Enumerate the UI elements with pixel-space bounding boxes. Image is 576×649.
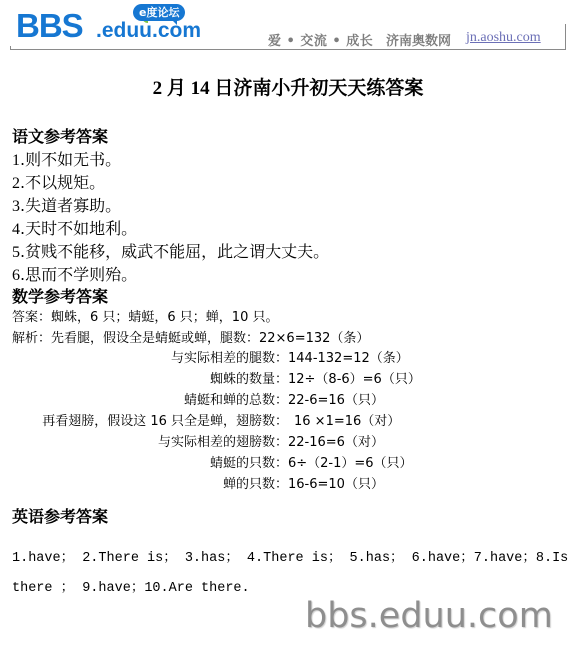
header-divider-tick-left bbox=[10, 46, 11, 50]
math-step-value: 144-132=12（条） bbox=[288, 350, 409, 368]
math-step-label: 蜘蛛的数量： bbox=[0, 371, 288, 389]
english-answer-line: 1.have； 2.There is； 3.has； 4.There is； 5… bbox=[12, 550, 568, 568]
header-divider bbox=[10, 49, 566, 50]
math-section-heading: 数学参考答案 bbox=[12, 287, 108, 307]
chinese-answer-item: 4.天时不如地利。 bbox=[12, 219, 137, 240]
math-step-label: 与实际相差的翅膀数： bbox=[0, 434, 288, 452]
page-title: 2 月 14 日济南小升初天天练答案 bbox=[0, 76, 576, 102]
chinese-answer-item: 1.则不如无书。 bbox=[12, 150, 121, 171]
math-step-value: 6÷（2-1）=6（只） bbox=[288, 455, 413, 473]
math-answer: 答案：蜘蛛，6 只；蜻蜓，6 只；蝉，10 只。 bbox=[12, 309, 278, 327]
logo-domain-text: .eduu.com bbox=[96, 18, 201, 44]
header-divider-tick-right bbox=[565, 24, 566, 50]
math-step-label: 蜻蜓和蝉的总数： bbox=[0, 392, 288, 410]
math-step-value: 22-16=6（对） bbox=[288, 434, 384, 452]
chinese-answer-item: 6.思而不学则殆。 bbox=[12, 265, 137, 286]
slogan-text: 爱 • 交流 • 成长 bbox=[268, 30, 373, 49]
math-step-label: 蝉的只数： bbox=[0, 476, 288, 494]
math-step-value: 16-6=10（只） bbox=[288, 476, 384, 494]
leaf-icon: u bbox=[139, 19, 152, 42]
site-link[interactable]: jn.aoshu.com bbox=[466, 30, 541, 46]
chinese-answer-item: 2.不以规矩。 bbox=[12, 173, 105, 194]
english-section-heading: 英语参考答案 bbox=[12, 507, 108, 527]
logo-bubble-badge: e度论坛 bbox=[133, 4, 185, 21]
chinese-answer-item: 5.贫贱不能移，威武不能屈，此之谓大丈夫。 bbox=[12, 242, 329, 263]
site-name-text: 济南奥数网 bbox=[386, 30, 451, 49]
logo-bbs-text: BBS bbox=[16, 8, 83, 44]
math-step-label: 再看翅膀，假设这 16 只全是蝉，翅膀数： bbox=[0, 413, 288, 431]
watermark: bbs.eduu.com bbox=[305, 596, 553, 636]
math-step-label: 蜻蜓的只数： bbox=[0, 455, 288, 473]
english-answer-line: there ； 9.have；10.Are there. bbox=[12, 580, 250, 598]
chinese-section-heading: 语文参考答案 bbox=[12, 127, 108, 147]
math-step-value: 12÷（8-6）=6（只） bbox=[288, 371, 421, 389]
chinese-answer-item: 3.失道者寡助。 bbox=[12, 196, 121, 217]
math-analysis-first: 解析：先看腿，假设全是蜻蜓或蝉，腿数：22×6=132（条） bbox=[12, 330, 369, 348]
math-step-label: 与实际相差的腿数： bbox=[0, 350, 288, 368]
math-step-value: 22-6=16（只） bbox=[288, 392, 384, 410]
math-step-value: 16 ×1=16（对） bbox=[294, 413, 400, 431]
